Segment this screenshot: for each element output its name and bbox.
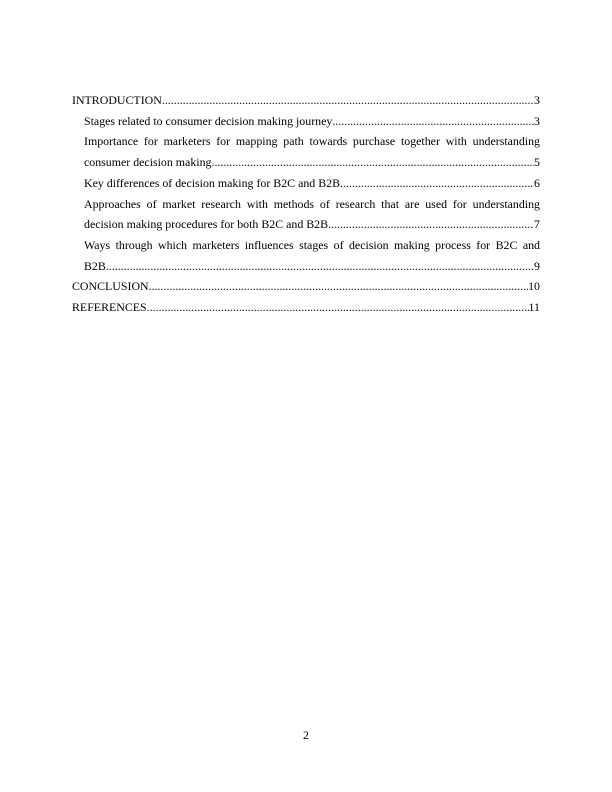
toc-page-number: 3 xyxy=(534,90,540,111)
toc-page-number: 6 xyxy=(534,173,540,194)
toc-entry-title: REFERENCES xyxy=(72,297,147,318)
toc-entry-title: Stages related to consumer decision maki… xyxy=(84,111,332,132)
dot-leader xyxy=(147,297,529,318)
toc-page-number: 7 xyxy=(534,214,540,235)
toc-entry-title: Key differences of decision making for B… xyxy=(84,173,340,194)
toc-entry-importance[interactable]: Importance for marketers for mapping pat… xyxy=(72,131,540,172)
toc-entry-approaches[interactable]: Approaches of market research with metho… xyxy=(72,194,540,235)
toc-entry-introduction[interactable]: INTRODUCTION3 xyxy=(72,90,540,111)
toc-entry-title: B2B xyxy=(84,256,106,277)
toc-page-number: 9 xyxy=(534,256,540,277)
toc-entry-title-line: Importance for marketers for mapping pat… xyxy=(84,131,540,152)
toc-page-number: 5 xyxy=(534,152,540,173)
toc-entry-title-line: Approaches of market research with metho… xyxy=(84,194,540,215)
page-number: 2 xyxy=(0,728,612,743)
toc-page-number: 10 xyxy=(528,276,540,297)
dot-leader xyxy=(340,173,534,194)
toc-entry-references[interactable]: REFERENCES11 xyxy=(72,297,540,318)
toc-entry-title: consumer decision making xyxy=(84,152,211,173)
toc-entry-title-line: Ways through which marketers influences … xyxy=(84,235,540,256)
toc-entry-ways[interactable]: Ways through which marketers influences … xyxy=(72,235,540,276)
dot-leader xyxy=(149,276,528,297)
toc-entry-title: CONCLUSION xyxy=(72,276,149,297)
table-of-contents: INTRODUCTION3 Stages related to consumer… xyxy=(72,90,540,318)
toc-page-number: 3 xyxy=(534,111,540,132)
toc-entry-conclusion[interactable]: CONCLUSION10 xyxy=(72,276,540,297)
toc-entry-title: decision making procedures for both B2C … xyxy=(84,214,328,235)
dot-leader xyxy=(106,256,534,277)
dot-leader xyxy=(328,214,534,235)
toc-entry-stages[interactable]: Stages related to consumer decision maki… xyxy=(72,111,540,132)
dot-leader xyxy=(162,90,534,111)
toc-page-number: 11 xyxy=(529,297,540,318)
toc-entry-title: INTRODUCTION xyxy=(72,90,162,111)
dot-leader xyxy=(332,111,534,132)
dot-leader xyxy=(211,152,534,173)
toc-entry-key-differences[interactable]: Key differences of decision making for B… xyxy=(72,173,540,194)
